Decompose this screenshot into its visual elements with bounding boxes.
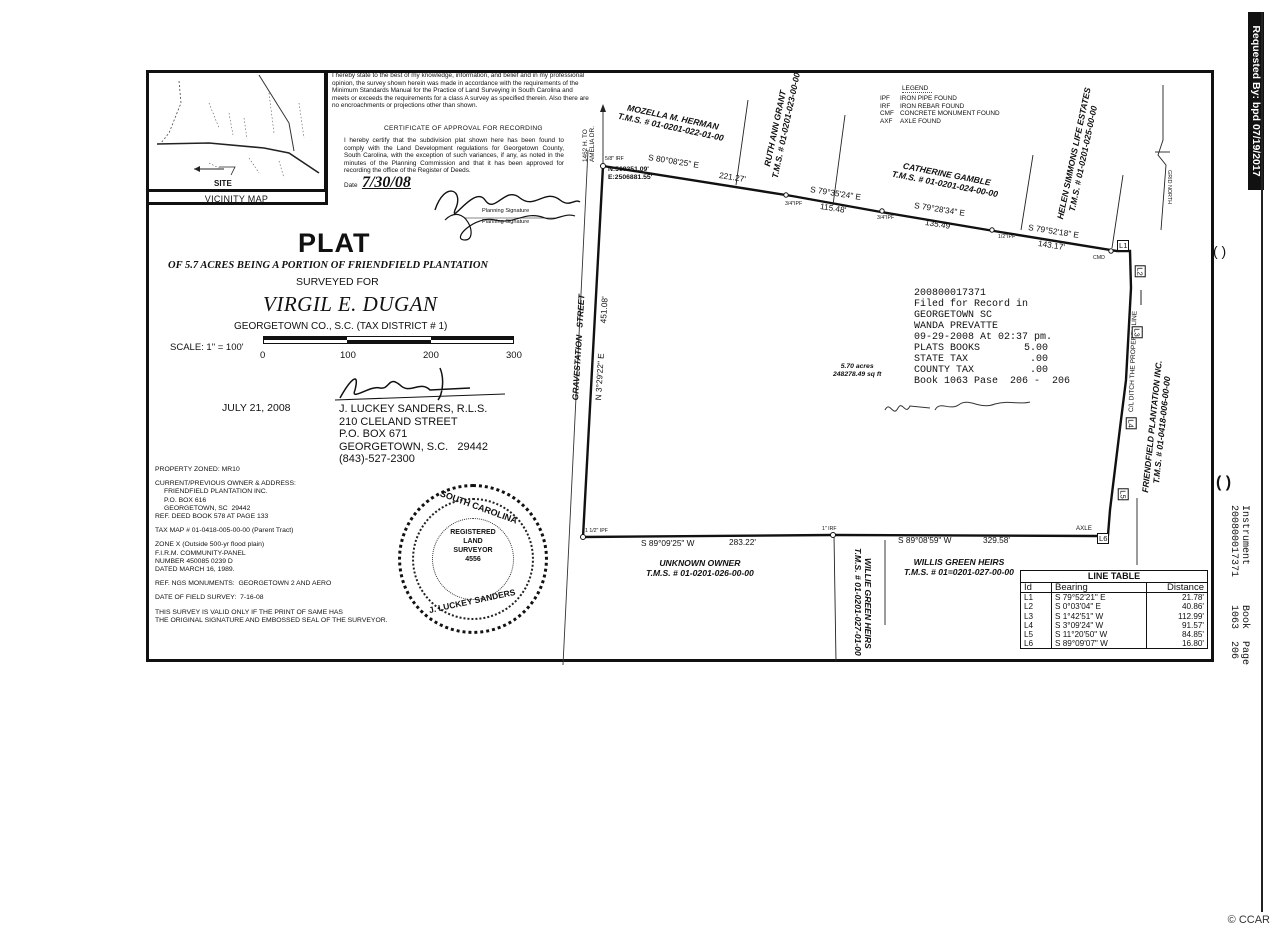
recording-book-page: Book 1063 Pase 206 - 206: [914, 376, 1070, 387]
line-distance: 112.99': [1147, 612, 1208, 621]
grid-north-label: GRID NORTH: [1166, 170, 1172, 204]
monument-ne: CMD: [1093, 255, 1105, 261]
line-tag-l6: L6: [1097, 533, 1109, 544]
west-line-distance: 451.08': [598, 296, 610, 324]
corner-easting: E:2506881.55': [608, 174, 652, 182]
line-tag-l3: L3: [1132, 326, 1143, 338]
south-seg1-bearing: S 89°09'25" W: [641, 538, 695, 548]
line-table-row: L3S 1°42'51" W112.99': [1021, 612, 1207, 621]
line-bearing: S 0°03'04" E: [1052, 602, 1147, 611]
recording-datetime: 09-29-2008 At 02:37 pm.: [914, 332, 1070, 343]
monument-n2: 3/4"IPF: [877, 215, 894, 221]
line-table-header-bearing: Bearing: [1052, 583, 1147, 593]
line-distance: 91.57': [1147, 621, 1208, 630]
line-distance: 16.80': [1147, 639, 1208, 648]
area-block: 5.70 acres 248278.49 sq ft: [833, 363, 881, 379]
line-table-header-distance: Distance: [1147, 583, 1208, 593]
area-acres: 5.70 acres: [833, 363, 881, 371]
line-id: L5: [1021, 630, 1052, 639]
recording-county: GEORGETOWN SC: [914, 310, 1070, 321]
line-tag-l1: L1: [1117, 240, 1129, 251]
monument-n3: 1/2"IPF: [998, 234, 1015, 240]
recording-stamp: 200800017371 Filed for Record in GEORGET…: [914, 288, 1070, 387]
adjoiner-willis: WILLIS GREEN HEIRS T.M.S. # 01=0201-027-…: [904, 557, 1014, 577]
adjoiner-unknown: UNKNOWN OWNER T.M.S. # 01-0201-026-00-00: [646, 558, 754, 578]
monument-sw: 1 1/2" IPF: [585, 528, 608, 534]
line-distance: 21.78': [1147, 593, 1208, 603]
south-seg1-distance: 283.22': [729, 537, 756, 547]
line-id: L1: [1021, 593, 1052, 603]
line-bearing: S 3°09'24" W: [1052, 621, 1147, 630]
recording-number: 200800017371: [914, 288, 1070, 299]
line-id: L2: [1021, 602, 1052, 611]
monument-se: AXLE: [1076, 525, 1092, 532]
adjoiner-willie: WILLIE GREEN HEIRS T.M.S. # 01-0201-027-…: [853, 548, 873, 656]
line-table-row: L2S 0°03'04" E40.86': [1021, 602, 1207, 611]
recording-filed: Filed for Record in: [914, 299, 1070, 310]
line-distance: 40.86': [1147, 602, 1208, 611]
monument-s-mid: 1" IRF: [822, 526, 837, 532]
line-table-row: L6S 89°09'07" W16.80': [1021, 639, 1207, 648]
corner-coordinates: N:569351.09' E:2506881.55': [608, 166, 652, 182]
line-tag-l4: L4: [1126, 417, 1137, 429]
line-id: L6: [1021, 639, 1052, 648]
fee-state-tax: STATE TAX.00: [914, 354, 1048, 365]
corner-northing: N:569351.09': [608, 166, 652, 174]
south-seg2-bearing: S 89°08'59" W: [898, 535, 952, 545]
monument-n1: 3/4"IPF: [785, 201, 802, 207]
line-id: L4: [1021, 621, 1052, 630]
line-distance: 84.85': [1147, 630, 1208, 639]
fee-plats-books: PLATS BOOKS5.00: [914, 343, 1048, 354]
line-table-row: L1S 79°52'21" E21.78': [1021, 593, 1207, 603]
line-tag-l5: L5: [1118, 488, 1129, 500]
line-bearing: S 89°09'07" W: [1052, 639, 1147, 648]
line-tag-l2: L2: [1135, 265, 1146, 277]
line-id: L3: [1021, 612, 1052, 621]
line-table-row: L5S 11°20'50" W84.85': [1021, 630, 1207, 639]
monument-nw: 5/8" IRF: [605, 156, 624, 162]
line-bearing: S 1°42'51" W: [1052, 612, 1147, 621]
road-label: 1462 H. TO AMELIA DR.: [582, 107, 596, 162]
line-table-grid: Id Bearing Distance L1S 79°52'21" E21.78…: [1021, 583, 1207, 648]
recording-clerk: WANDA PREVATTE: [914, 321, 1070, 332]
line-table: LINE TABLE Id Bearing Distance L1S 79°52…: [1020, 570, 1208, 649]
line-table-row: L4S 3°09'24" W91.57': [1021, 621, 1207, 630]
south-seg2-distance: 329.58': [983, 535, 1010, 545]
area-sqft: 248278.49 sq ft: [833, 371, 881, 379]
line-table-header-id: Id: [1021, 583, 1052, 593]
line-bearing: S 79°52'21" E: [1052, 593, 1147, 603]
fee-county-tax: COUNTY TAX.00: [914, 365, 1048, 376]
line-bearing: S 11°20'50" W: [1052, 630, 1147, 639]
